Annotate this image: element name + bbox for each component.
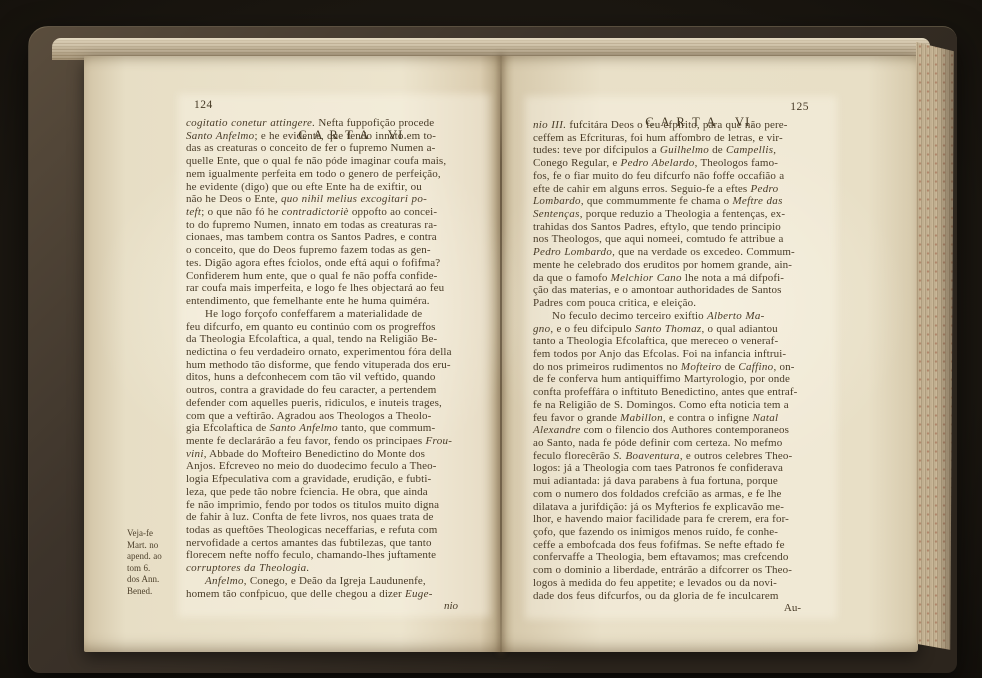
running-header-left: 124 C A R T A VI. — [186, 98, 482, 115]
running-title-right: C A R T A VI. — [645, 115, 755, 129]
book-scan-photo: 124 C A R T A VI. cogitatio conetur atti… — [0, 0, 982, 678]
page-left: 124 C A R T A VI. cogitatio conetur atti… — [186, 98, 482, 613]
catchword-left: nio — [186, 600, 482, 613]
catchword-right: Au- — [533, 602, 829, 615]
margin-note: Veja-feMart. noapend. aotom 6.dos Ann.Be… — [127, 528, 183, 598]
page-number-left: 124 — [194, 99, 213, 111]
page-number-right: 125 — [790, 101, 809, 113]
page-edges-right — [916, 42, 954, 656]
running-title-left: C A R T A VI. — [298, 128, 408, 142]
body-text-right: nio III. fufcitára Deos o feu efpirito, … — [533, 119, 829, 602]
book-gutter — [500, 56, 502, 652]
body-text-left: cogitatio conetur attingere. Nefta fuppo… — [186, 117, 482, 600]
page-right: C A R T A VI. 125 nio III. fufcitára Deo… — [533, 100, 829, 615]
running-header-right: C A R T A VI. 125 — [533, 100, 829, 117]
